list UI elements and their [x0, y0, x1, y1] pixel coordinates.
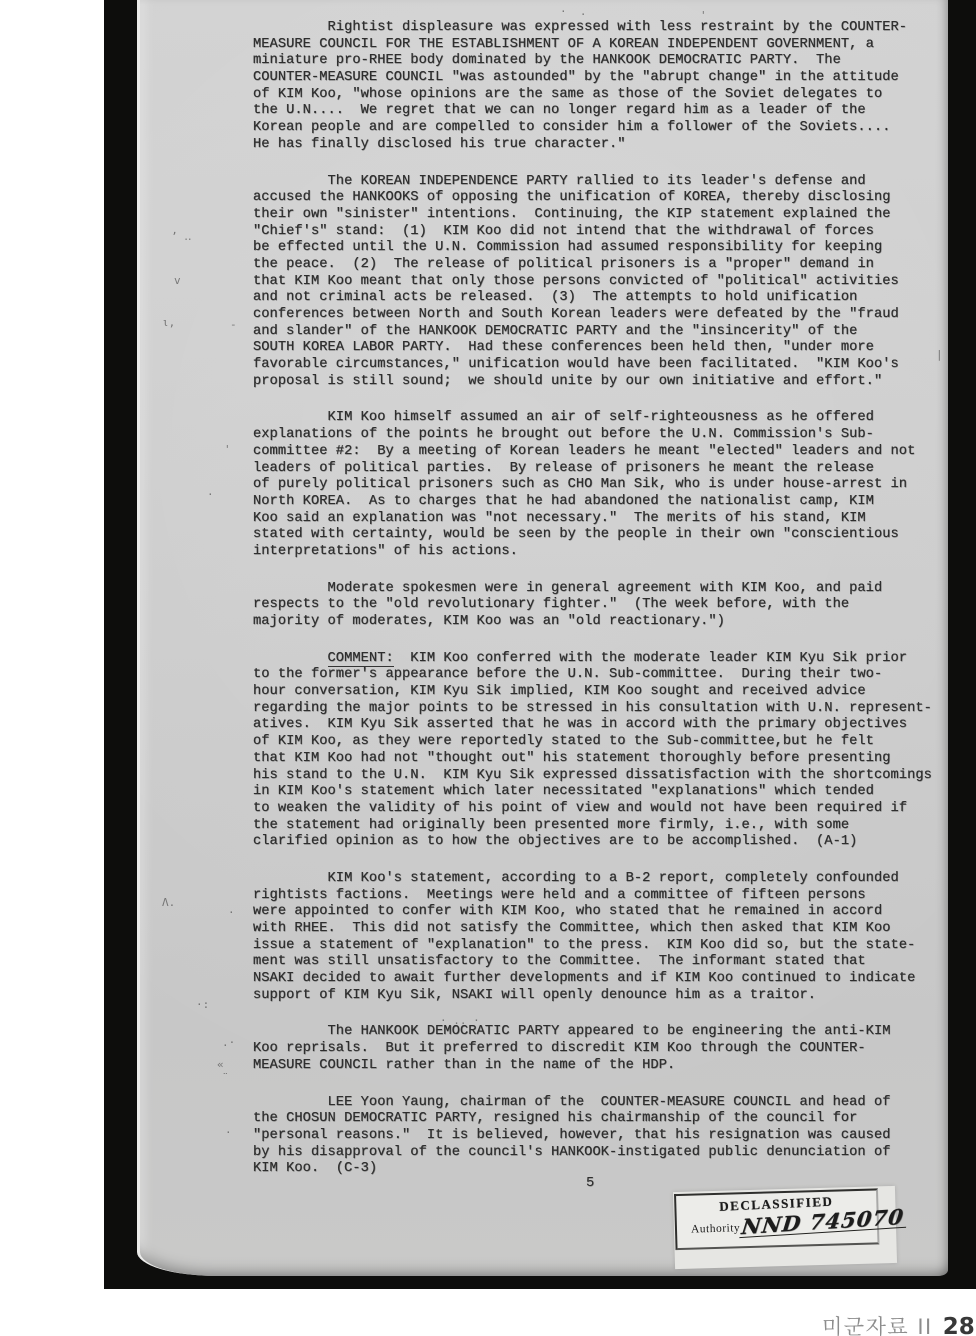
paragraph-3: KIM Koo himself assumed an air of self-r…	[253, 410, 948, 560]
document-page: Rightist displeasure was expressed with …	[137, 0, 948, 1276]
text-line: explanations of the points he brought ou…	[253, 427, 948, 444]
text-line: leaders of political parties. By release…	[253, 461, 948, 478]
text-line: that KIM Koo meant that only those perso…	[253, 274, 948, 291]
declassified-stamp: DECLASSIFIED AuthorityNND 745070	[673, 1186, 897, 1269]
stamp-box: DECLASSIFIED AuthorityNND 745070	[674, 1188, 879, 1250]
text-line: He has finally disclosed his true charac…	[253, 137, 948, 154]
text-line: KIM Koo himself assumed an air of self-r…	[253, 410, 948, 427]
text-line: the peace. (2) The release of political …	[253, 257, 948, 274]
text-line: favorable circumstances," unification wo…	[253, 357, 948, 374]
footer-caption: 미군자료 II285	[822, 1311, 976, 1336]
text-line: Moderate spokesmen were in general agree…	[253, 581, 948, 598]
text-line: clarified opinion as to how the objectiv…	[253, 834, 948, 851]
text-line: "Chief's" stand: (1) KIM Koo did not int…	[253, 224, 948, 241]
scan-artifact: v	[174, 274, 181, 287]
stamp-authority-label: Authority	[691, 1222, 741, 1235]
scan-artifact: «	[217, 1058, 224, 1071]
text-line: MEASURE COUNCIL FOR THE ESTABLISHMENT OF…	[253, 37, 948, 54]
text-line: stated with certainty, would be seen by …	[253, 527, 948, 544]
text-line: majority of moderates, KIM Koo was an "o…	[253, 614, 948, 631]
caption-text: 미군자료 II	[822, 1315, 933, 1336]
paragraph-1: Rightist displeasure was expressed with …	[253, 20, 948, 154]
text-line: in KIM Koo's statement which later neces…	[253, 784, 948, 801]
scan-artifact: Λ.	[162, 896, 175, 909]
text-line: be effected until the U.N. Commission ha…	[253, 240, 948, 257]
text-line: NSAKI decided to await further developme…	[253, 971, 948, 988]
scan-artifact: ·	[225, 1126, 232, 1139]
text-line: to the former's appearance before the U.…	[253, 667, 948, 684]
paragraph-8: LEE Yoon Yaung, chairman of the COUNTER-…	[253, 1095, 948, 1178]
text-line: Koo said an explanation was "not necessa…	[253, 511, 948, 528]
text-line: hour conversation, KIM Kyu Sik implied, …	[253, 684, 948, 701]
paragraph-6: KIM Koo's statement, according to a B-2 …	[253, 871, 948, 1005]
text-line: the U.N.... We regret that we can no lon…	[253, 103, 948, 120]
text-line: atives. KIM Kyu Sik asserted that he was…	[253, 717, 948, 734]
text-line: ment was still unsatisfactory to the Com…	[253, 954, 948, 971]
text-line: MEASURE COUNCIL rather than in the name …	[253, 1058, 948, 1075]
scan-artifact: ʼ ‥	[171, 230, 192, 243]
text-line: of KIM Koo, "whose opinions are the same…	[253, 87, 948, 104]
text-line: and slander" of the HANKOOK DEMOCRATIC P…	[253, 324, 948, 341]
text-line: the statement had originally been presen…	[253, 818, 948, 835]
scan-artifact: .·	[222, 1036, 235, 1049]
scan-artifact: -	[230, 318, 237, 331]
text-line: COUNTER-MEASURE COUNCIL "was astounded" …	[253, 70, 948, 87]
paragraph-2: The KOREAN INDEPENDENCE PARTY rallied to…	[253, 174, 948, 391]
paragraph-7: The HANKOOK DEMOCRATIC PARTY appeared to…	[253, 1024, 948, 1074]
caption-number: 285	[943, 1314, 976, 1336]
text-line: The HANKOOK DEMOCRATIC PARTY appeared to…	[253, 1024, 948, 1041]
scan-artifact: ·	[228, 906, 235, 919]
scan-artifact: '	[700, 9, 707, 22]
text-line: rightists factions. Meetings were held a…	[253, 888, 948, 905]
text-line: were appointed to confer with KIM Koo, w…	[253, 904, 948, 921]
text-line: support of KIM Kyu Sik, NSAKI will openl…	[253, 988, 948, 1005]
text-line: respects to the "old revolutionary fight…	[253, 597, 948, 614]
scan-artifact: |	[936, 348, 943, 361]
paragraph-5: COMMENT: KIM Koo conferred with the mode…	[253, 651, 948, 851]
text-line: KIM Koo. (C-3)	[253, 1161, 948, 1178]
text-line: interpretations" of his actions.	[253, 544, 948, 561]
text-line: conferences between North and South Kore…	[253, 307, 948, 324]
page-number: 5	[586, 1176, 594, 1191]
text-line: COMMENT: KIM Koo conferred with the mode…	[253, 651, 948, 668]
text-line: LEE Yoon Yaung, chairman of the COUNTER-…	[253, 1095, 948, 1112]
text-line: accused the HANKOOKS of opposing the uni…	[253, 190, 948, 207]
text-line: regarding the major points to be stresse…	[253, 701, 948, 718]
text-line: that KIM Koo had not "thought out" his s…	[253, 751, 948, 768]
text-line: miniature pro-RHEE body dominated by the…	[253, 53, 948, 70]
text-line: by his disapproval of the council's HANK…	[253, 1145, 948, 1162]
text-line: SOUTH KOREA LABOR PARTY. Had these confe…	[253, 340, 948, 357]
text-line: to weaken the validity of his point of v…	[253, 801, 948, 818]
scan-artifact: ·:	[196, 998, 209, 1011]
scan-artifact: '	[224, 443, 231, 456]
text-line: committee #2: By a meeting of Korean lea…	[253, 444, 948, 461]
text-line: Rightist displeasure was expressed with …	[253, 20, 948, 37]
scan-artifact: ·	[207, 488, 214, 501]
text-line: issue a statement of "explanation" to th…	[253, 938, 948, 955]
text-line: with RHEE. This did not satisfy the Comm…	[253, 921, 948, 938]
text-line: his stand to the U.N. KIM Kyu Sik expres…	[253, 768, 948, 785]
text-line: the CHOSUN DEMOCRATIC PARTY, resigned hi…	[253, 1111, 948, 1128]
text-line: KIM Koo's statement, according to a B-2 …	[253, 871, 948, 888]
text-line: Koo reprisals. But it preferred to discr…	[253, 1041, 948, 1058]
text-line: of KIM Koo, as they were reportedly stat…	[253, 734, 948, 751]
text-line: of purely political prisoners such as CH…	[253, 477, 948, 494]
scan-artifact: · .	[560, 5, 587, 18]
text-line: their own "sinister" intentions. Continu…	[253, 207, 948, 224]
text-line: The KOREAN INDEPENDENCE PARTY rallied to…	[253, 174, 948, 191]
text-line: North KOREA. As to charges that he had a…	[253, 494, 948, 511]
scan-artifact: · .. ·	[440, 1014, 480, 1027]
document-text: Rightist displeasure was expressed with …	[140, 0, 948, 1198]
text-line: Korean people and are compelled to consi…	[253, 120, 948, 137]
text-line: and not criminal acts be released. (3) T…	[253, 290, 948, 307]
text-line: proposal is still sound; we should unite…	[253, 374, 948, 391]
scan-artifact: ι,	[162, 316, 175, 329]
scan-artifact: ¨	[222, 1071, 229, 1084]
text-line: "personal reasons." It is believed, howe…	[253, 1128, 948, 1145]
paragraph-4: Moderate spokesmen were in general agree…	[253, 581, 948, 631]
